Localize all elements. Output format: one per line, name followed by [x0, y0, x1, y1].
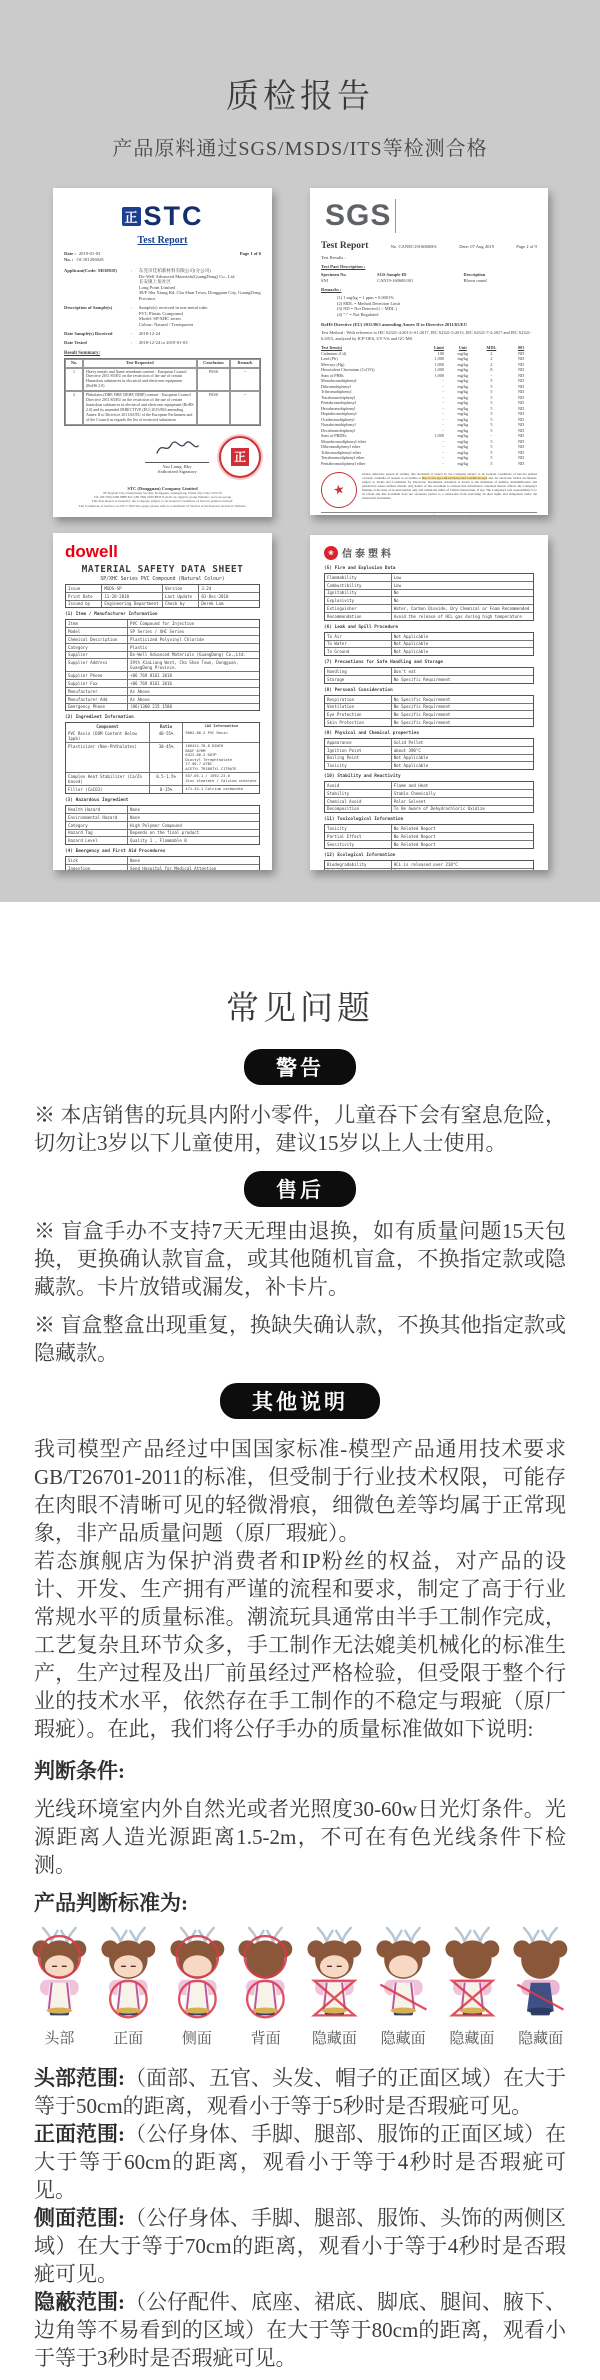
- msds-section-title: (4) Emergency and First Aid Procedures: [65, 849, 260, 854]
- figure-label: 正面: [95, 2027, 162, 2048]
- judge-condition-text: 光线环境室内外自然光或者光照度30-60w日光灯条件。光源距离人造光源距离1.5…: [34, 1795, 566, 1879]
- table-row: RespirationNo Specific Requirement: [325, 696, 533, 703]
- stc-report-meta: Date :2019-01-03No. :OC181206028 Page 1 …: [64, 251, 261, 263]
- sgs-title-row: Test Report No. CANEC1916060001 Date: 07…: [321, 241, 537, 251]
- figure-label: 隐藏面: [301, 2027, 368, 2048]
- stc-result-table: No.Test RequestedConclusionRemark 1 Heav…: [64, 358, 261, 426]
- signature-icon: [154, 440, 200, 456]
- msds-ingredient-table: ComponentRatioCAS Information PVC Resin …: [65, 722, 260, 794]
- xintai-flower-icon: ❀: [324, 546, 338, 560]
- table-row: CategoryPlastic: [66, 643, 259, 651]
- dowell-msds-card: dowell MATERIAL SAFETY DATA SHEET SP/XHC…: [53, 533, 272, 870]
- range-paragraph: 隐蔽范围:（公仔配件、底座、裙底、脚底、腿间、腋下、边角等不易看到的区域）在大于…: [34, 2288, 566, 2372]
- range-paragraph: 正面范围:（公仔身体、手脚、腿部、服饰的正面区域）在大于等于60cm的距离，观看…: [34, 2120, 566, 2204]
- aftersale-paragraph-2: ※ 盲盒整盒出现重复，换缺失确认款，不换其他指定款或隐藏款。: [34, 1311, 566, 1367]
- stc-field-row: Date Sample(s) Received : 2018-12-24: [64, 331, 261, 337]
- table-row: Hazard LevelQuality 1 , Flammable 0: [66, 836, 259, 844]
- xintai-logo: ❀ 信泰塑料: [324, 545, 534, 560]
- table-row: SickNone: [66, 857, 259, 864]
- doll-illustration-icon: [507, 1925, 574, 2025]
- table-row: ItemPVC Compound for Injection: [66, 620, 259, 627]
- msds-section-title: (12) Ecological Information: [324, 853, 534, 858]
- sgs-results-table: Test Item(s)LimitUnitMDL001 Cadmium (Cd)…: [321, 345, 537, 466]
- msds-section-title: (6) Leak and Spill Procedure: [324, 625, 534, 630]
- range-standards-list: 头部范围:（面部、五官、头发、帽子的正面区域）在大于等于50cm的距离，观看小于…: [34, 2064, 566, 2372]
- table-row: DecompositionTo Be Aware of Dehydrochlor…: [325, 805, 533, 813]
- other-notes-paragraph-2: 若态旗舰店为保护消费者和IP粉丝的权益，对产品的设计、开发、生产拥有严谨的流程和…: [34, 1547, 566, 1743]
- table-row: Chemical DescriptionPlasticized Polyviny…: [66, 635, 259, 643]
- sgs-table-body: Cadmium (Cd) 100 mg/kg 2 ND Lead (Pb) 1,…: [321, 351, 537, 467]
- stc-field-row: Date Tested : 2018-12-24 to 2019-01-03: [64, 340, 261, 346]
- figure-label: 侧面: [164, 2027, 231, 2048]
- msds-head-table: Issue MSDS-SP Version 3.24 Print Date 11…: [65, 584, 260, 608]
- table-row: Skin ProtectionNo Specific Requirement: [325, 718, 533, 726]
- table-row: Hazard TagDepends on the final product: [66, 829, 259, 837]
- qc-report-section: 质检报告 产品原料通过SGS/MSDS/ITS等检测合格 正 STC Test …: [0, 0, 600, 902]
- table-row: ToxicityNot Applicable: [325, 761, 533, 769]
- table-row: Plasticizer (Non-Phthalates) 30-45% 1664…: [66, 742, 259, 772]
- ingredient-header-row: ComponentRatioCAS Information: [66, 723, 259, 730]
- msds-kv-table: AppearanceSolid PelletIgnition Pointabou…: [324, 738, 534, 770]
- table-row: To GroundNot Applicable: [325, 647, 533, 655]
- header-cell: Test Requested: [83, 359, 197, 368]
- table-row: 1 Heavy metals and flame retardants cont…: [65, 368, 260, 392]
- table-row: ExplosivityNo: [325, 596, 533, 604]
- table-row: 2 Phthalates (DBP, BBP, DEHP, DIBP) cont…: [65, 391, 260, 424]
- sgs-test-report-card: SGS Test Report No. CANEC1916060001 Date…: [310, 188, 548, 515]
- table-row: BiodegradabilityHCL is released over 210…: [325, 861, 533, 868]
- range-paragraph: 头部范围:（面部、五官、头发、帽子的正面区域）在大于等于50cm的距离，观看小于…: [34, 2064, 566, 2120]
- sgs-logo-text: SGS: [325, 199, 396, 233]
- table-row: StabilityStable Chemically: [325, 789, 533, 797]
- range-label: 正面范围:: [34, 2122, 125, 2146]
- faq-section: 常见问题 警告 ※ 本店销售的玩具内附小零件，儿童吞下会有窒息危险，切勿让3岁以…: [0, 902, 600, 2372]
- stc-footer: STC (Dongguan) Company Limited 6F Keyuan…: [64, 486, 261, 509]
- stc-signature-area: Yau Liang, Rky Authorized Signatory 正: [64, 436, 261, 478]
- figure-label: 隐藏面: [370, 2027, 437, 2048]
- doll-figure: 头部: [26, 1925, 93, 2048]
- table-row: VolatilityUnknown: [325, 868, 533, 870]
- msds-section-title: (5) Fire and Explosion Data: [324, 566, 534, 571]
- sgs-red-star-stamp-icon: ★: [318, 469, 361, 512]
- msds-title: MATERIAL SAFETY DATA SHEET: [65, 564, 260, 575]
- sgs-report-no: No. CANEC1916060001: [391, 244, 437, 249]
- sgs-report-title: Test Report: [321, 241, 368, 251]
- msds-kv-table: To AirNot ApplicableTo WaterNot Applicab…: [324, 632, 534, 656]
- sgs-rohs-heading: RoHS Directive (EU) 2015/863 amending An…: [321, 322, 537, 327]
- table-row: Print Date 11-28-2018 Last Update 01-Dec…: [66, 592, 259, 600]
- other-notes-paragraph-1: 我司模型产品经过中国国家标准-模型产品通用技术要求GB/T26701-2011的…: [34, 1435, 566, 1547]
- warning-paragraph: ※ 本店销售的玩具内附小零件，儿童吞下会有窒息危险，切勿让3岁以下儿童使用，建议…: [34, 1101, 566, 1157]
- doll-figure: 隐藏面: [507, 1925, 574, 2048]
- table-row: Issued by Engineering Department Check b…: [66, 600, 259, 608]
- sgs-remarks-label: Remarks :: [321, 287, 537, 292]
- doll-figure: 侧面: [164, 1925, 231, 2048]
- doll-illustration-icon: [439, 1925, 506, 2025]
- table-row: Supplier Address39th XiaLiang West, Cha …: [66, 658, 259, 671]
- msds-kv-table: ItemPVC Compound for InjectionModelSP Se…: [65, 619, 260, 711]
- table-row: Environmental HazardNone: [66, 813, 259, 821]
- sgs-page-number: Page 2 of 9: [516, 244, 537, 249]
- doll-illustration-icon: [370, 1925, 437, 2025]
- range-label: 头部范围:: [34, 2066, 125, 2090]
- judge-condition-label: 判断条件:: [34, 1757, 566, 1785]
- msds-kv-table: FlammabilityLowCombustibilityLowIgnitabi…: [324, 573, 534, 621]
- table-row: Ignition Pointabout 390°C: [325, 746, 533, 754]
- figure-label: 背面: [232, 2027, 299, 2048]
- sgs-report-date: Date: 07 Aug 2019: [459, 244, 494, 249]
- msds-kv-table: Health HazardNoneEnvironmental HazardNon…: [65, 805, 260, 845]
- table-row: Issue MSDS-SP Version 3.24: [66, 585, 259, 592]
- stc-logo: 正 STC: [64, 201, 261, 232]
- table-row: Eye ProtectionNo Specific Requirement: [325, 710, 533, 718]
- aftersale-badge: 售后: [244, 1171, 356, 1207]
- sgs-footer: 198 Kezhu Road, Scientech Park Guangzhou…: [321, 512, 537, 515]
- msds-section-title: (3) Hazardous Ingredient: [65, 798, 260, 803]
- doll-figure: 背面: [232, 1925, 299, 2048]
- product-detail-page: 质检报告 产品原料通过SGS/MSDS/ITS等检测合格 正 STC Test …: [0, 0, 600, 2380]
- stc-meta-list: Date :2019-01-03No. :OC181206028: [64, 251, 104, 263]
- spec-value-row: SN1CAN19-160600.001Blown round: [321, 278, 537, 284]
- table-row: Supplier Fax+86 769 8161 3816: [66, 679, 259, 687]
- stc-red-seal-icon: 正: [219, 436, 261, 478]
- signer-title: Authorized Signatory: [145, 469, 209, 474]
- table-row: To AirNot Applicable: [325, 633, 533, 640]
- table-row: Manufacturer AddAs Above: [66, 695, 259, 703]
- footer-line: The Conditions of Service on STC's Web S…: [64, 504, 261, 508]
- xintai-msds-card: ❀ 信泰塑料 (5) Fire and Explosion Data Flamm…: [310, 535, 548, 870]
- table-row: FlammabilityLow: [325, 574, 533, 581]
- figure-label: 头部: [26, 2027, 93, 2048]
- sgs-bottom-area: ★ Unless otherwise agreed in writing, th…: [321, 472, 537, 508]
- table-row: Partial EffectNo Related Report: [325, 832, 533, 840]
- msds-kv-table: BiodegradabilityHCL is released over 210…: [324, 860, 534, 870]
- table-row: IgnitabilityNo: [325, 589, 533, 597]
- msds-subtitle: SP/XHC Series PVC Compound (Natural Colo…: [65, 577, 260, 582]
- table-row: AvoidFlame and Heat: [325, 782, 533, 789]
- msds-section-title: (9) Physical and Chemical properties: [324, 731, 534, 736]
- sgs-fine-print: Unless otherwise agreed in writing, this…: [362, 472, 537, 500]
- table-row: ToxicityNo Related Report: [325, 825, 533, 832]
- header-cell: No.: [65, 359, 83, 368]
- table-row: AppearanceSolid Pellet: [325, 739, 533, 746]
- table-row: CombustibilityLow: [325, 581, 533, 589]
- stc-seal-square-icon: 正: [122, 207, 141, 226]
- table-row: Emergency Phone(86)1360 215 1588: [66, 703, 259, 711]
- doll-illustration-icon: [26, 1925, 93, 2025]
- doll-figure: 隐藏面: [370, 1925, 437, 2048]
- table-row: HandlingDon't eat: [325, 668, 533, 675]
- warning-badge: 警告: [244, 1049, 356, 1085]
- qc-section-subtitle: 产品原料通过SGS/MSDS/ITS等检测合格: [0, 132, 600, 161]
- doll-illustration-icon: [95, 1925, 162, 2025]
- table-row: Pentabromodiphenyl ether - mg/kg 5 ND: [321, 461, 537, 467]
- sgs-test-method: Test Method : With reference to IEC 6232…: [321, 330, 537, 341]
- table-row: Complex Heat Stabilizer (Ca/Zn based) 0.…: [66, 772, 259, 785]
- doll-figure-row: 头部: [26, 1925, 574, 2048]
- stc-report-title: Test Report: [64, 235, 261, 246]
- figure-label: 隐藏面: [439, 2027, 506, 2048]
- msds-kv-table: AvoidFlame and HeatStabilityStable Chemi…: [324, 781, 534, 813]
- table-row: SensitivityNo Related Report: [325, 840, 533, 848]
- stc-test-report-card: 正 STC Test Report Date :2019-01-03No. :O…: [53, 188, 272, 517]
- header-cell: Conclusion: [197, 359, 230, 368]
- aftersale-paragraph-1: ※ 盲盒手办不支持7天无理由退换，如有质量问题15天包换，更换确认款盲盒，或其他…: [34, 1217, 566, 1301]
- table-row: ManufacturerAs Above: [66, 687, 259, 695]
- range-label: 侧面范围:: [34, 2206, 125, 2230]
- table-row: SupplierDo-Well Advanced Materials (Guan…: [66, 651, 259, 659]
- doll-illustration-icon: [301, 1925, 368, 2025]
- range-paragraph: 侧面范围:（公仔身体、手脚、腿部、服饰、头饰的两侧区域）在大于等于70cm的距离…: [34, 2204, 566, 2288]
- faq-section-title: 常见问题: [0, 982, 600, 1029]
- sgs-remarks-list: (1) 1 mg/kg = 1 ppm = 0.0001%(2) MDL = M…: [337, 295, 537, 317]
- msds-section-title: (1) Item / Manufacturer Information: [65, 612, 260, 617]
- table-row: Supplier Phone+86 769 8161 3818: [66, 671, 259, 679]
- dowell-logo-text: dowell: [65, 542, 260, 562]
- qc-section-title: 质检报告: [0, 0, 600, 117]
- xintai-logo-text: 信泰塑料: [342, 545, 394, 560]
- sgs-specimen-table: Specimen No.SGS Sample IDDescription SN1…: [321, 272, 537, 283]
- doll-figure: 正面: [95, 1925, 162, 2048]
- table-row: ExtinguisherWater, Carbon Dioxide, Dry C…: [325, 604, 533, 612]
- xintai-sections: (5) Fire and Explosion Data Flammability…: [324, 566, 534, 870]
- table-row: VentilationNo Specific Requirement: [325, 703, 533, 711]
- other-notes-badge: 其他说明: [220, 1383, 380, 1419]
- table-row: StorageNo Specific Requirement: [325, 675, 533, 683]
- table-row: Boiling PointNot Applicable: [325, 754, 533, 762]
- stc-field-row: Description of Sample(s) : Sample(s) rec…: [64, 305, 261, 327]
- table-row: IngestionSend Hospital for Medical Atten…: [66, 864, 259, 870]
- remark-line: (4) "-" = Not Regulated: [337, 312, 537, 318]
- msds-kv-table: SickNoneIngestionSend Hospital for Medic…: [65, 856, 260, 870]
- stc-field-row: Applicant(Code: MI30818) : 东莞市佳柏新材料有限公司(…: [64, 268, 261, 302]
- doll-figure: 隐藏面: [301, 1925, 368, 2048]
- doll-illustration-icon: [164, 1925, 231, 2025]
- stc-result-summary-title: Result Summary:: [64, 351, 261, 356]
- table-row: CategoryHigh Polymer Compound: [66, 821, 259, 829]
- stc-table-header-row: No.Test RequestedConclusionRemark: [65, 359, 260, 368]
- msds-section-title: (8) Personal Consideration: [324, 688, 534, 693]
- doll-figure: 隐藏面: [439, 1925, 506, 2048]
- table-row: To WaterNot Applicable: [325, 640, 533, 648]
- msds-section-title: (11) Toxicological Information: [324, 817, 534, 822]
- table-row: Health HazardNone: [66, 806, 259, 813]
- msds-kv-table: HandlingDon't eatStorageNo Specific Requ…: [324, 667, 534, 684]
- msds-section-title: (10) Stability and Reactivity: [324, 774, 534, 779]
- table-row: Chemical AvoidPolar Solvent: [325, 797, 533, 805]
- doll-illustration-icon: [232, 1925, 299, 2025]
- msds-kv-table: ToxicityNo Related ReportPartial EffectN…: [324, 824, 534, 848]
- stc-footer-lines: 6F Keyuan City, Dongcheng Section, Dongg…: [64, 491, 261, 509]
- stc-page-number: Page 1 of 6: [240, 251, 261, 263]
- signature-line: [145, 462, 209, 463]
- table-row: PVC Resin (DOM Content Below 1ppb) 40-55…: [66, 730, 259, 742]
- msds-section-title: (2) Ingredient Information: [65, 715, 260, 720]
- signature-block: Yau Liang, Rky Authorized Signatory: [145, 440, 209, 474]
- stc-table-body: 1 Heavy metals and flame retardants cont…: [65, 368, 260, 425]
- table-row: Filler (CaCO3) 0-15% 471-34-1 Calcium ca…: [66, 785, 259, 793]
- table-row: ModelSP Series / XHC Series: [66, 627, 259, 635]
- sgs-test-results-label: Test Results :: [321, 255, 537, 260]
- meta-row: No. :OC181206028: [64, 257, 104, 263]
- msds-section-title: (7) Precautions for Safe Handling and St…: [324, 660, 534, 665]
- standard-label: 产品判断标准为:: [34, 1889, 566, 1917]
- range-label: 隐蔽范围:: [34, 2290, 125, 2314]
- stc-logo-text: STC: [144, 201, 204, 232]
- sgs-part-description-label: Test Part Description :: [321, 264, 537, 269]
- header-cell: Remark: [230, 359, 260, 368]
- table-row: RecommendationAvoid the release of HCL g…: [325, 612, 533, 620]
- ingredient-body: PVC Resin (DOM Content Below 1ppb) 40-55…: [66, 730, 259, 793]
- msds-kv-table: RespirationNo Specific RequirementVentil…: [324, 695, 534, 727]
- figure-label: 隐藏面: [507, 2027, 574, 2048]
- stc-field-list: Applicant(Code: MI30818) : 东莞市佳柏新材料有限公司(…: [64, 268, 261, 346]
